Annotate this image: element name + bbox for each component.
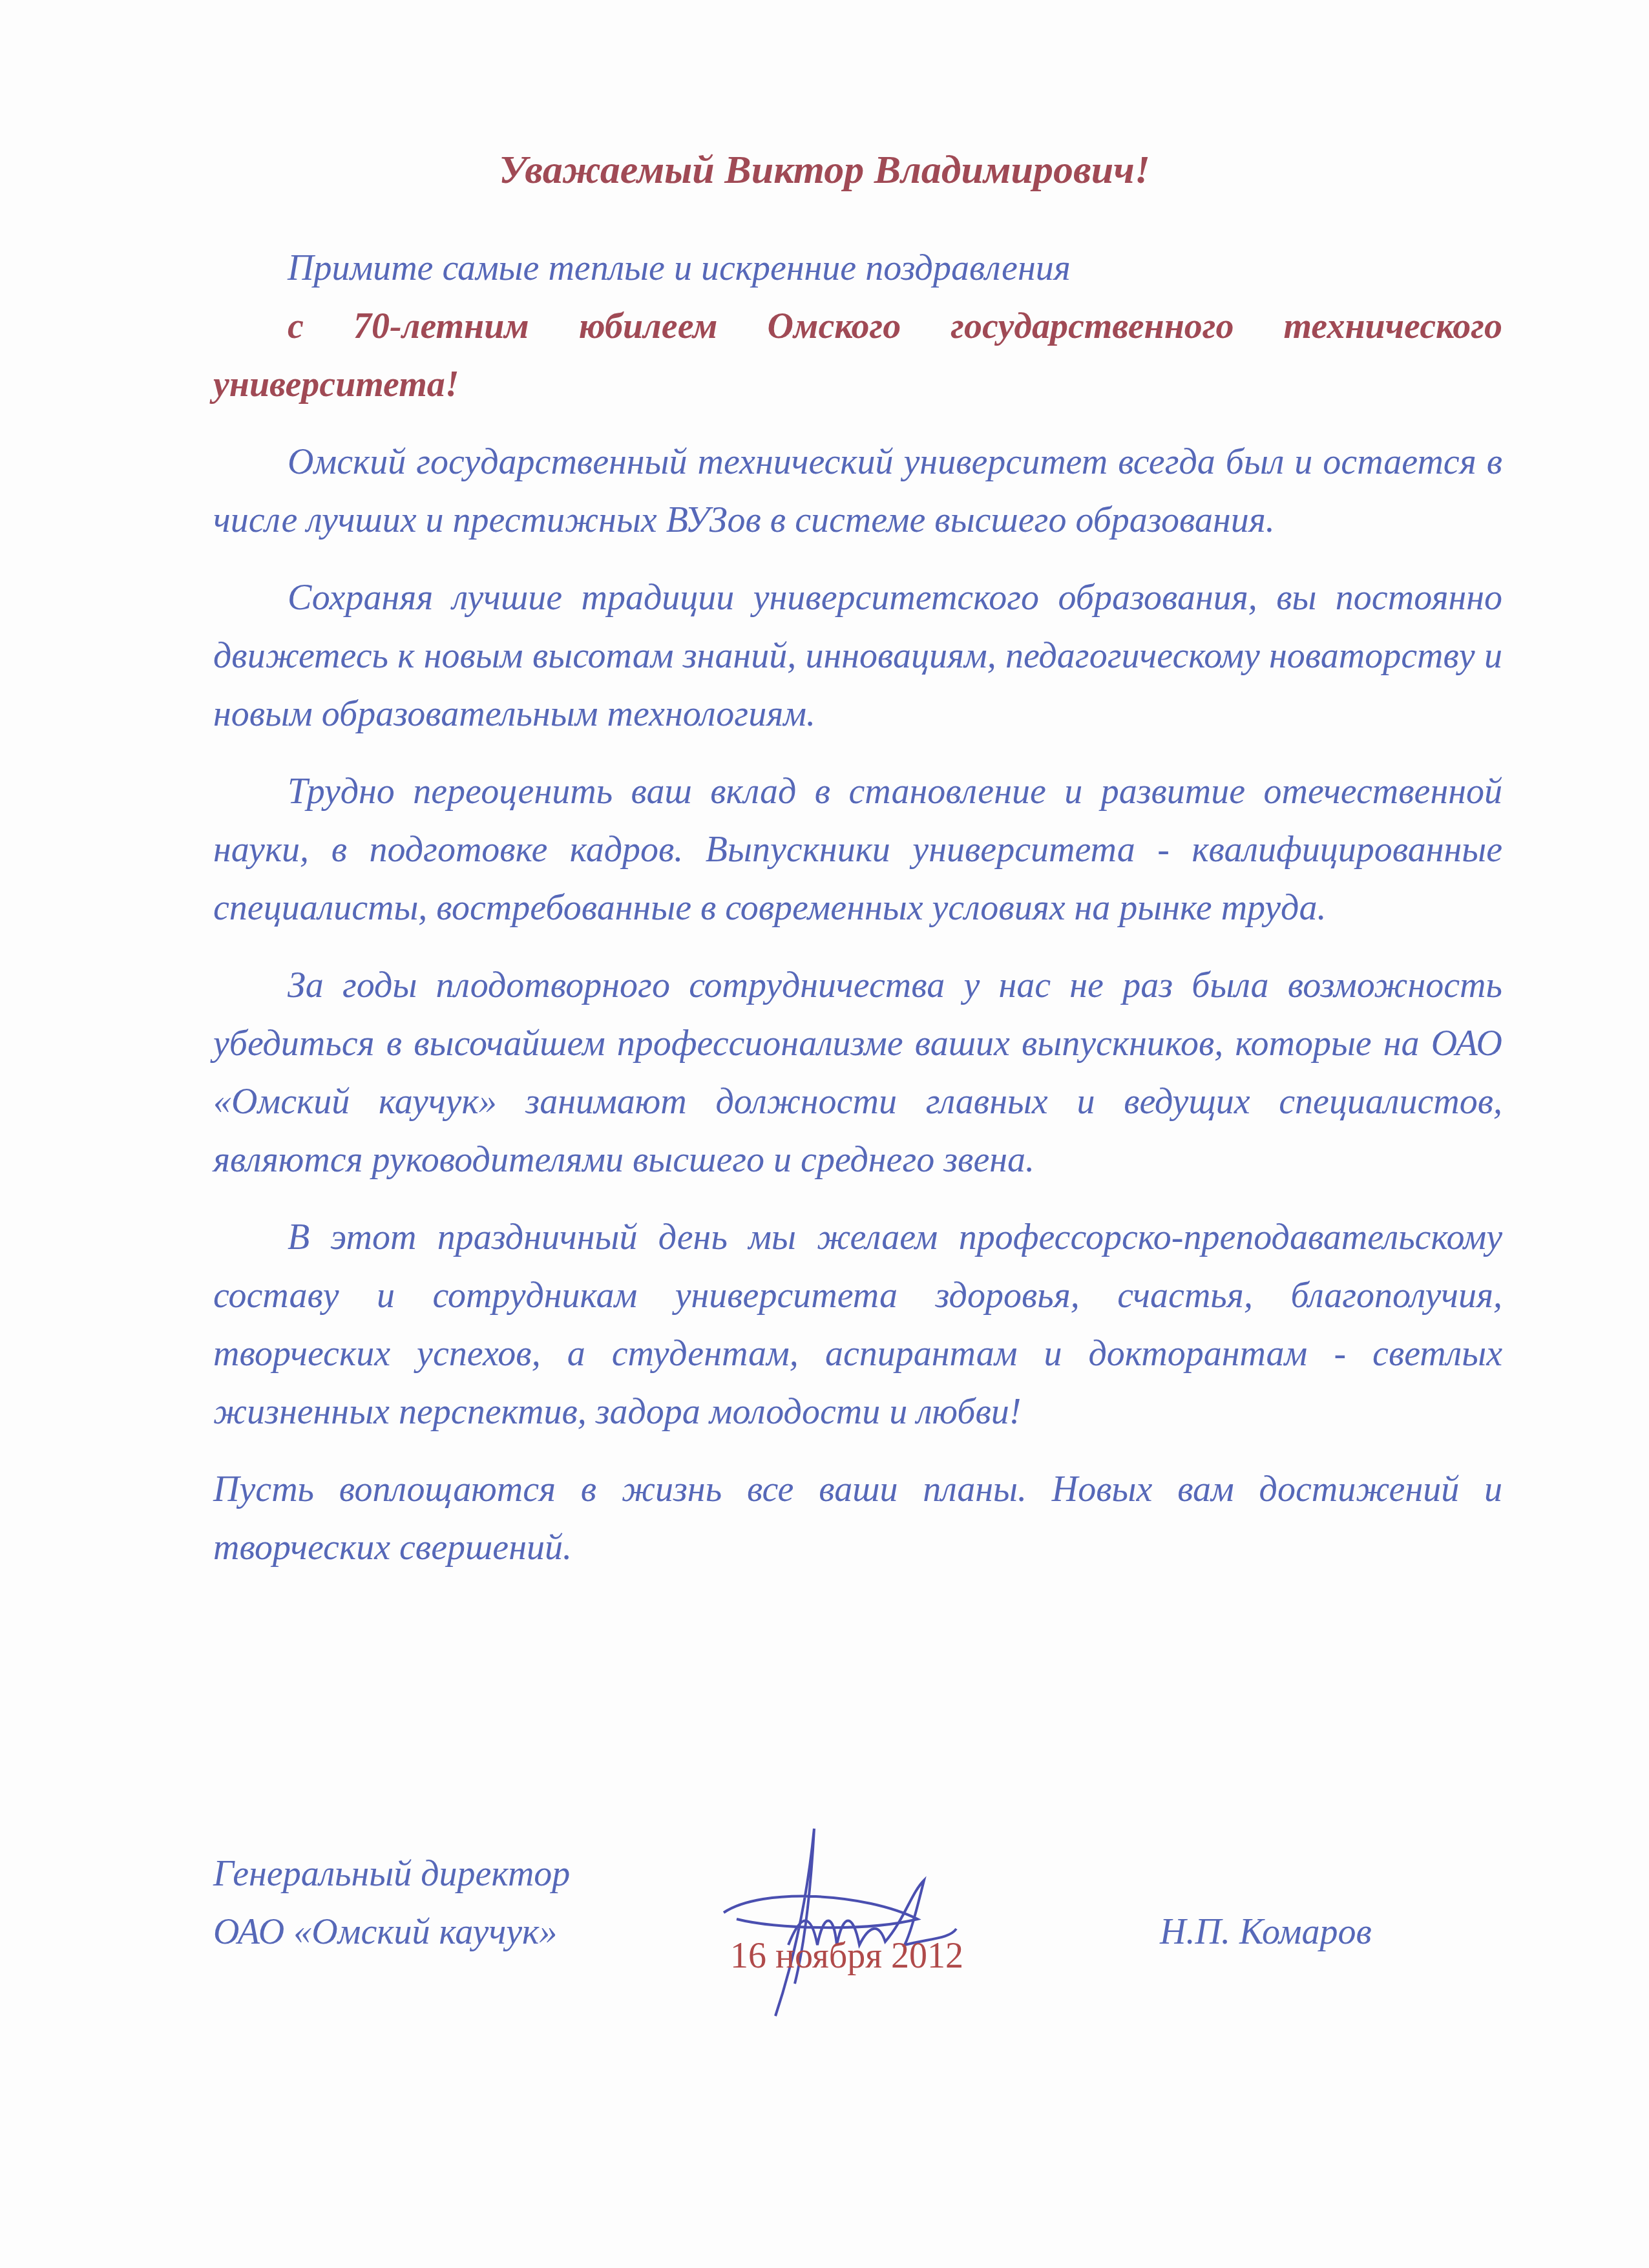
signatory-position: Генеральный директор bbox=[213, 1845, 570, 1903]
paragraph-5: В этот праздничный день мы желаем профес… bbox=[213, 1208, 1502, 1441]
signatory-title: Генеральный директор ОАО «Омский каучук» bbox=[213, 1845, 570, 1961]
paragraph-3: Трудно переоценить ваш вклад в становлен… bbox=[213, 762, 1502, 937]
closing-paragraph: Пусть воплощаются в жизнь все ваши планы… bbox=[213, 1460, 1502, 1577]
paragraph-2: Сохраняя лучшие традиции университетског… bbox=[213, 569, 1502, 743]
paragraph-1: Омский государственный технический униве… bbox=[213, 433, 1502, 549]
letter-body: Примите самые теплые и искренние поздрав… bbox=[213, 239, 1502, 1577]
signatory-name: Н.П. Комаров bbox=[1160, 1903, 1372, 1961]
signatory-company: ОАО «Омский каучук» bbox=[213, 1903, 570, 1961]
intro-occasion: с 70-летним юбилеем Омского государствен… bbox=[213, 297, 1502, 414]
intro-line: Примите самые теплые и искренние поздрав… bbox=[213, 239, 1502, 297]
paragraph-4: За годы плодотворного сотрудничества у н… bbox=[213, 956, 1502, 1189]
letter-date: 16 ноября 2012 bbox=[730, 1935, 963, 1977]
greeting-heading: Уважаемый Виктор Владимирович! bbox=[0, 147, 1649, 193]
handwritten-signature-icon bbox=[698, 1816, 1150, 2029]
